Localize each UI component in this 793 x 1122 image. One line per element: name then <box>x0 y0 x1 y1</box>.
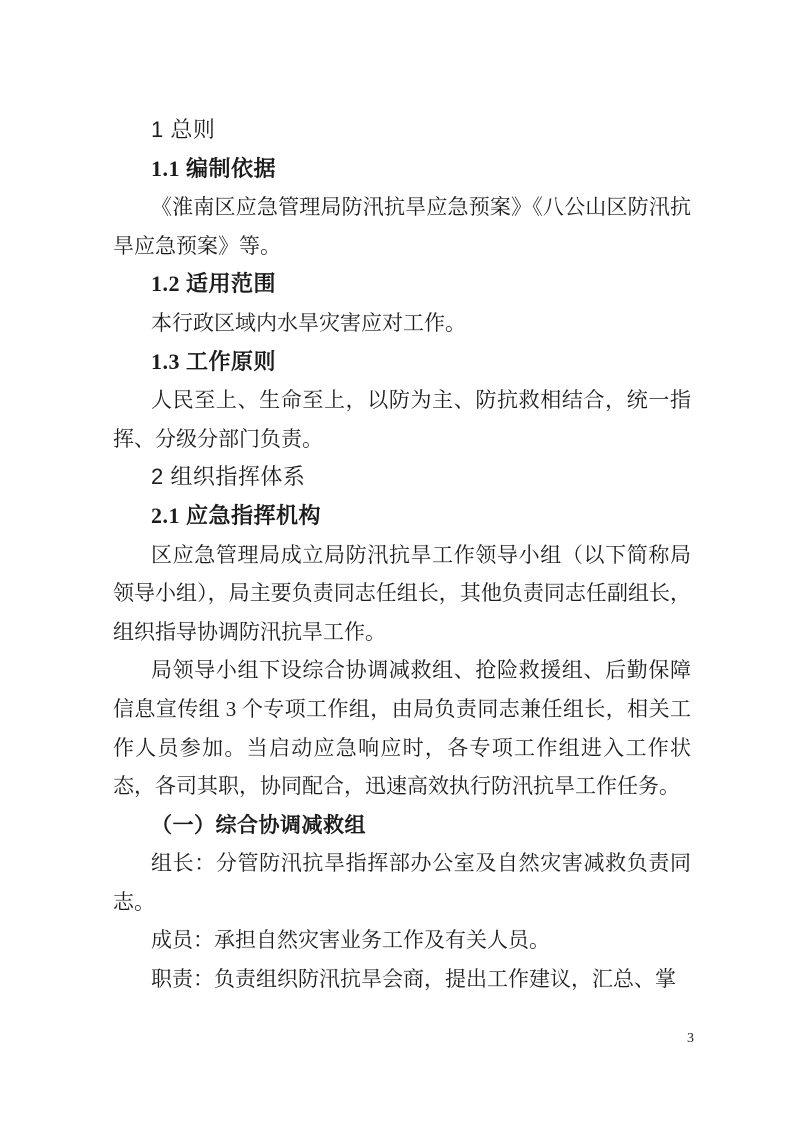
paragraph-group-members: 成员：承担自然灾害业务工作及有关人员。 <box>113 921 691 960</box>
paragraph-principles: 人民至上、生命至上，以防为主、防抗救相结合，统一指挥、分级分部门负责。 <box>113 381 691 458</box>
paragraph-compilation-basis: 《淮南区应急管理局防汛抗旱应急预案》《八公山区防汛抗旱应急预案》等。 <box>113 188 691 265</box>
heading-2-1-command-structure: 2.1 应急指挥机构 <box>113 497 691 536</box>
document-page: 1 总则 1.1 编制依据 《淮南区应急管理局防汛抗旱应急预案》《八公山区防汛抗… <box>0 0 793 1122</box>
paragraph-working-groups: 局领导小组下设综合协调减救组、抢险救援组、后勤保障信息宣传组 3 个专项工作组，… <box>113 651 691 805</box>
heading-group-1-coordination: （一）综合协调减救组 <box>113 806 691 845</box>
page-number: 3 <box>687 1031 694 1047</box>
paragraph-group-leader: 组长：分管防汛抗旱指挥部办公室及自然灾害减救负责同志。 <box>113 844 691 921</box>
heading-1-1-compilation-basis: 1.1 编制依据 <box>113 150 691 189</box>
heading-1-3-principles: 1.3 工作原则 <box>113 343 691 382</box>
document-content: 1 总则 1.1 编制依据 《淮南区应急管理局防汛抗旱应急预案》《八公山区防汛抗… <box>113 111 691 999</box>
paragraph-leading-group: 区应急管理局成立局防汛抗旱工作领导小组（以下简称局领导小组），局主要负责同志任组… <box>113 536 691 652</box>
heading-1-2-scope: 1.2 适用范围 <box>113 265 691 304</box>
paragraph-scope: 本行政区域内水旱灾害应对工作。 <box>113 304 691 343</box>
heading-1-general-provisions: 1 总则 <box>113 111 691 150</box>
paragraph-group-duties: 职责：负责组织防汛抗旱会商，提出工作建议，汇总、掌 <box>113 960 691 999</box>
heading-2-command-system: 2 组织指挥体系 <box>113 458 691 497</box>
